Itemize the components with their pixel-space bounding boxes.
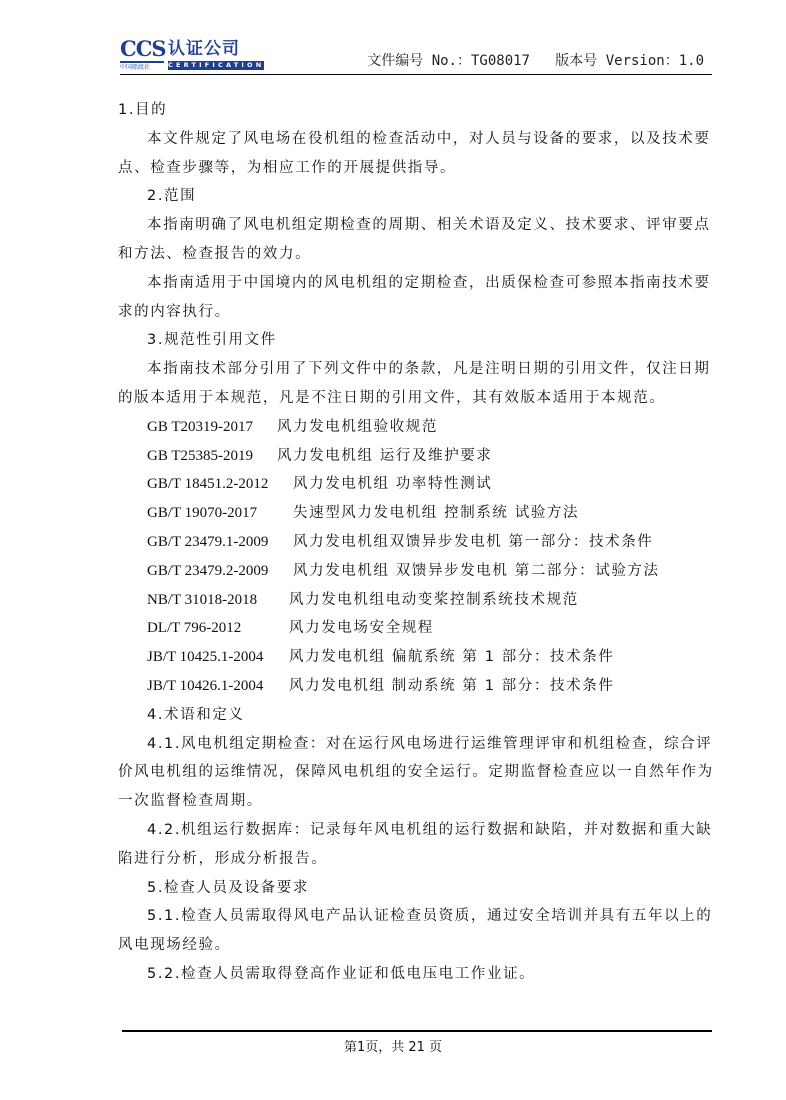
header-divider: [120, 74, 712, 75]
reference-item: GB/T 23479.2-2009 风力发电机组 双馈异步发电机 第二部分：试验…: [118, 557, 712, 586]
reference-code: DL/T 796-2012: [147, 614, 289, 643]
reference-code: JB/T 10426.1-2004: [147, 672, 289, 701]
reference-item: NB/T 31018-2018 风力发电机组电动变桨控制系统技术规范: [118, 586, 712, 615]
paragraph-line: 本指南技术部分引用了下列文件中的条款，凡是注明日期的引用文件，仅注日期: [118, 355, 712, 384]
reference-item: GB T20319-2017 风力发电机组验收规范: [118, 413, 712, 442]
reference-title: 风力发电机组验收规范: [277, 413, 438, 442]
reference-title: 失速型风力发电机组 控制系统 试验方法: [293, 499, 579, 528]
paragraph-line: 一次监督检查周期。: [118, 787, 712, 816]
paragraph-line: 5.1.检查人员需取得风电产品认证检查员资质，通过安全培训并具有五年以上的: [118, 902, 712, 931]
reference-code: GB T25385-2019: [147, 442, 277, 471]
paragraph-line: 5.2.检查人员需取得登高作业证和低电压电工作业证。: [118, 960, 712, 989]
reference-code: GB/T 18451.2-2012: [147, 470, 293, 499]
reference-title: 风力发电机组 双馈异步发电机 第二部分：试验方法: [293, 557, 660, 586]
paragraph-line: 本文件规定了风电场在役机组的检查活动中，对人员与设备的要求，以及技术要: [118, 125, 712, 154]
reference-title: 风力发电机组 偏航系统 第 1 部分：技术条件: [289, 643, 614, 672]
reference-title: 风力发电机组 功率特性测试: [293, 470, 492, 499]
section-heading-personnel: 5.检查人员及设备要求: [118, 874, 712, 903]
paragraph-line: 点、检查步骤等，为相应工作的开展提供指导。: [118, 154, 712, 183]
paragraph-line: 陷进行分析，形成分析报告。: [118, 845, 712, 874]
section-heading-purpose: 1.目的: [118, 96, 712, 125]
reference-title: 风力发电场安全规程: [289, 614, 434, 643]
reference-title: 风力发电机组双馈异步发电机 第一部分：技术条件: [293, 528, 653, 557]
reference-title: 风力发电机组 制动系统 第 1 部分：技术条件: [289, 672, 614, 701]
logo-divider: [120, 61, 164, 63]
paragraph-line: 和方法、检查报告的效力。: [118, 240, 712, 269]
reference-code: GB/T 19070-2017: [147, 499, 293, 528]
reference-item: DL/T 796-2012 风力发电场安全规程: [118, 614, 712, 643]
reference-item: GB/T 18451.2-2012 风力发电机组 功率特性测试: [118, 470, 712, 499]
document-body: 1.目的 本文件规定了风电场在役机组的检查活动中，对人员与设备的要求，以及技术要…: [118, 96, 712, 989]
reference-code: GB/T 23479.1-2009: [147, 528, 293, 557]
reference-code: GB T20319-2017: [147, 413, 277, 442]
ccs-certification-logo: CCS 认证公司 中国船级社 CERTIFICATION: [120, 38, 270, 72]
paragraph-line: 价风电机组的运维情况，保障风电机组的安全运行。定期监督检查应以一自然年作为: [118, 758, 712, 787]
reference-title: 风力发电机组 运行及维护要求: [277, 442, 493, 471]
section-heading-references: 3.规范性引用文件: [118, 326, 712, 355]
section-heading-scope: 2.范围: [118, 182, 712, 211]
doc-version: 版本号 Version：1.0: [555, 53, 704, 69]
reference-title: 风力发电机组电动变桨控制系统技术规范: [289, 586, 579, 615]
logo-subtitle-small: 中国船级社: [120, 64, 150, 71]
reference-code: NB/T 31018-2018: [147, 586, 289, 615]
paragraph-line: 风电现场经验。: [118, 931, 712, 960]
reference-item: GB/T 19070-2017 失速型风力发电机组 控制系统 试验方法: [118, 499, 712, 528]
paragraph-line: 4.2.机组运行数据库：记录每年风电机组的运行数据和缺陷，并对数据和重大缺: [118, 816, 712, 845]
reference-item: JB/T 10425.1-2004 风力发电机组 偏航系统 第 1 部分：技术条…: [118, 643, 712, 672]
doc-number: 文件编号 No.：TG08017: [367, 53, 530, 69]
paragraph-line: 本指南明确了风电机组定期检查的周期、相关术语及定义、技术要求、评审要点: [118, 211, 712, 240]
logo-subtitle-bar: CERTIFICATION: [168, 61, 264, 70]
reference-item: GB/T 23479.1-2009 风力发电机组双馈异步发电机 第一部分：技术条…: [118, 528, 712, 557]
footer-divider: [122, 1030, 712, 1032]
page-number: 第1页，共 21 页: [0, 1036, 786, 1055]
paragraph-line: 本指南适用于中国境内的风电机组的定期检查，出质保检查可参照本指南技术要: [118, 269, 712, 298]
paragraph-line: 求的内容执行。: [118, 298, 712, 327]
logo-name-cn: 认证公司: [168, 38, 240, 60]
page-header: CCS 认证公司 中国船级社 CERTIFICATION 文件编号 No.：TG…: [120, 36, 712, 76]
document-page: CCS 认证公司 中国船级社 CERTIFICATION 文件编号 No.：TG…: [0, 0, 786, 1100]
paragraph-line: 4.1.风电机组定期检查：对在运行风电场进行运维管理评审和机组检查，综合评: [118, 730, 712, 759]
paragraph-line: 的版本适用于本规范，凡是不注日期的引用文件，其有效版本适用于本规范。: [118, 384, 712, 413]
section-heading-terms: 4.术语和定义: [118, 701, 712, 730]
reference-item: JB/T 10426.1-2004 风力发电机组 制动系统 第 1 部分：技术条…: [118, 672, 712, 701]
reference-code: GB/T 23479.2-2009: [147, 557, 293, 586]
reference-item: GB T25385-2019 风力发电机组 运行及维护要求: [118, 442, 712, 471]
logo-mark: CCS: [120, 38, 166, 60]
reference-code: JB/T 10425.1-2004: [147, 643, 289, 672]
document-meta: 文件编号 No.：TG08017 版本号 Version：1.0: [367, 50, 704, 70]
